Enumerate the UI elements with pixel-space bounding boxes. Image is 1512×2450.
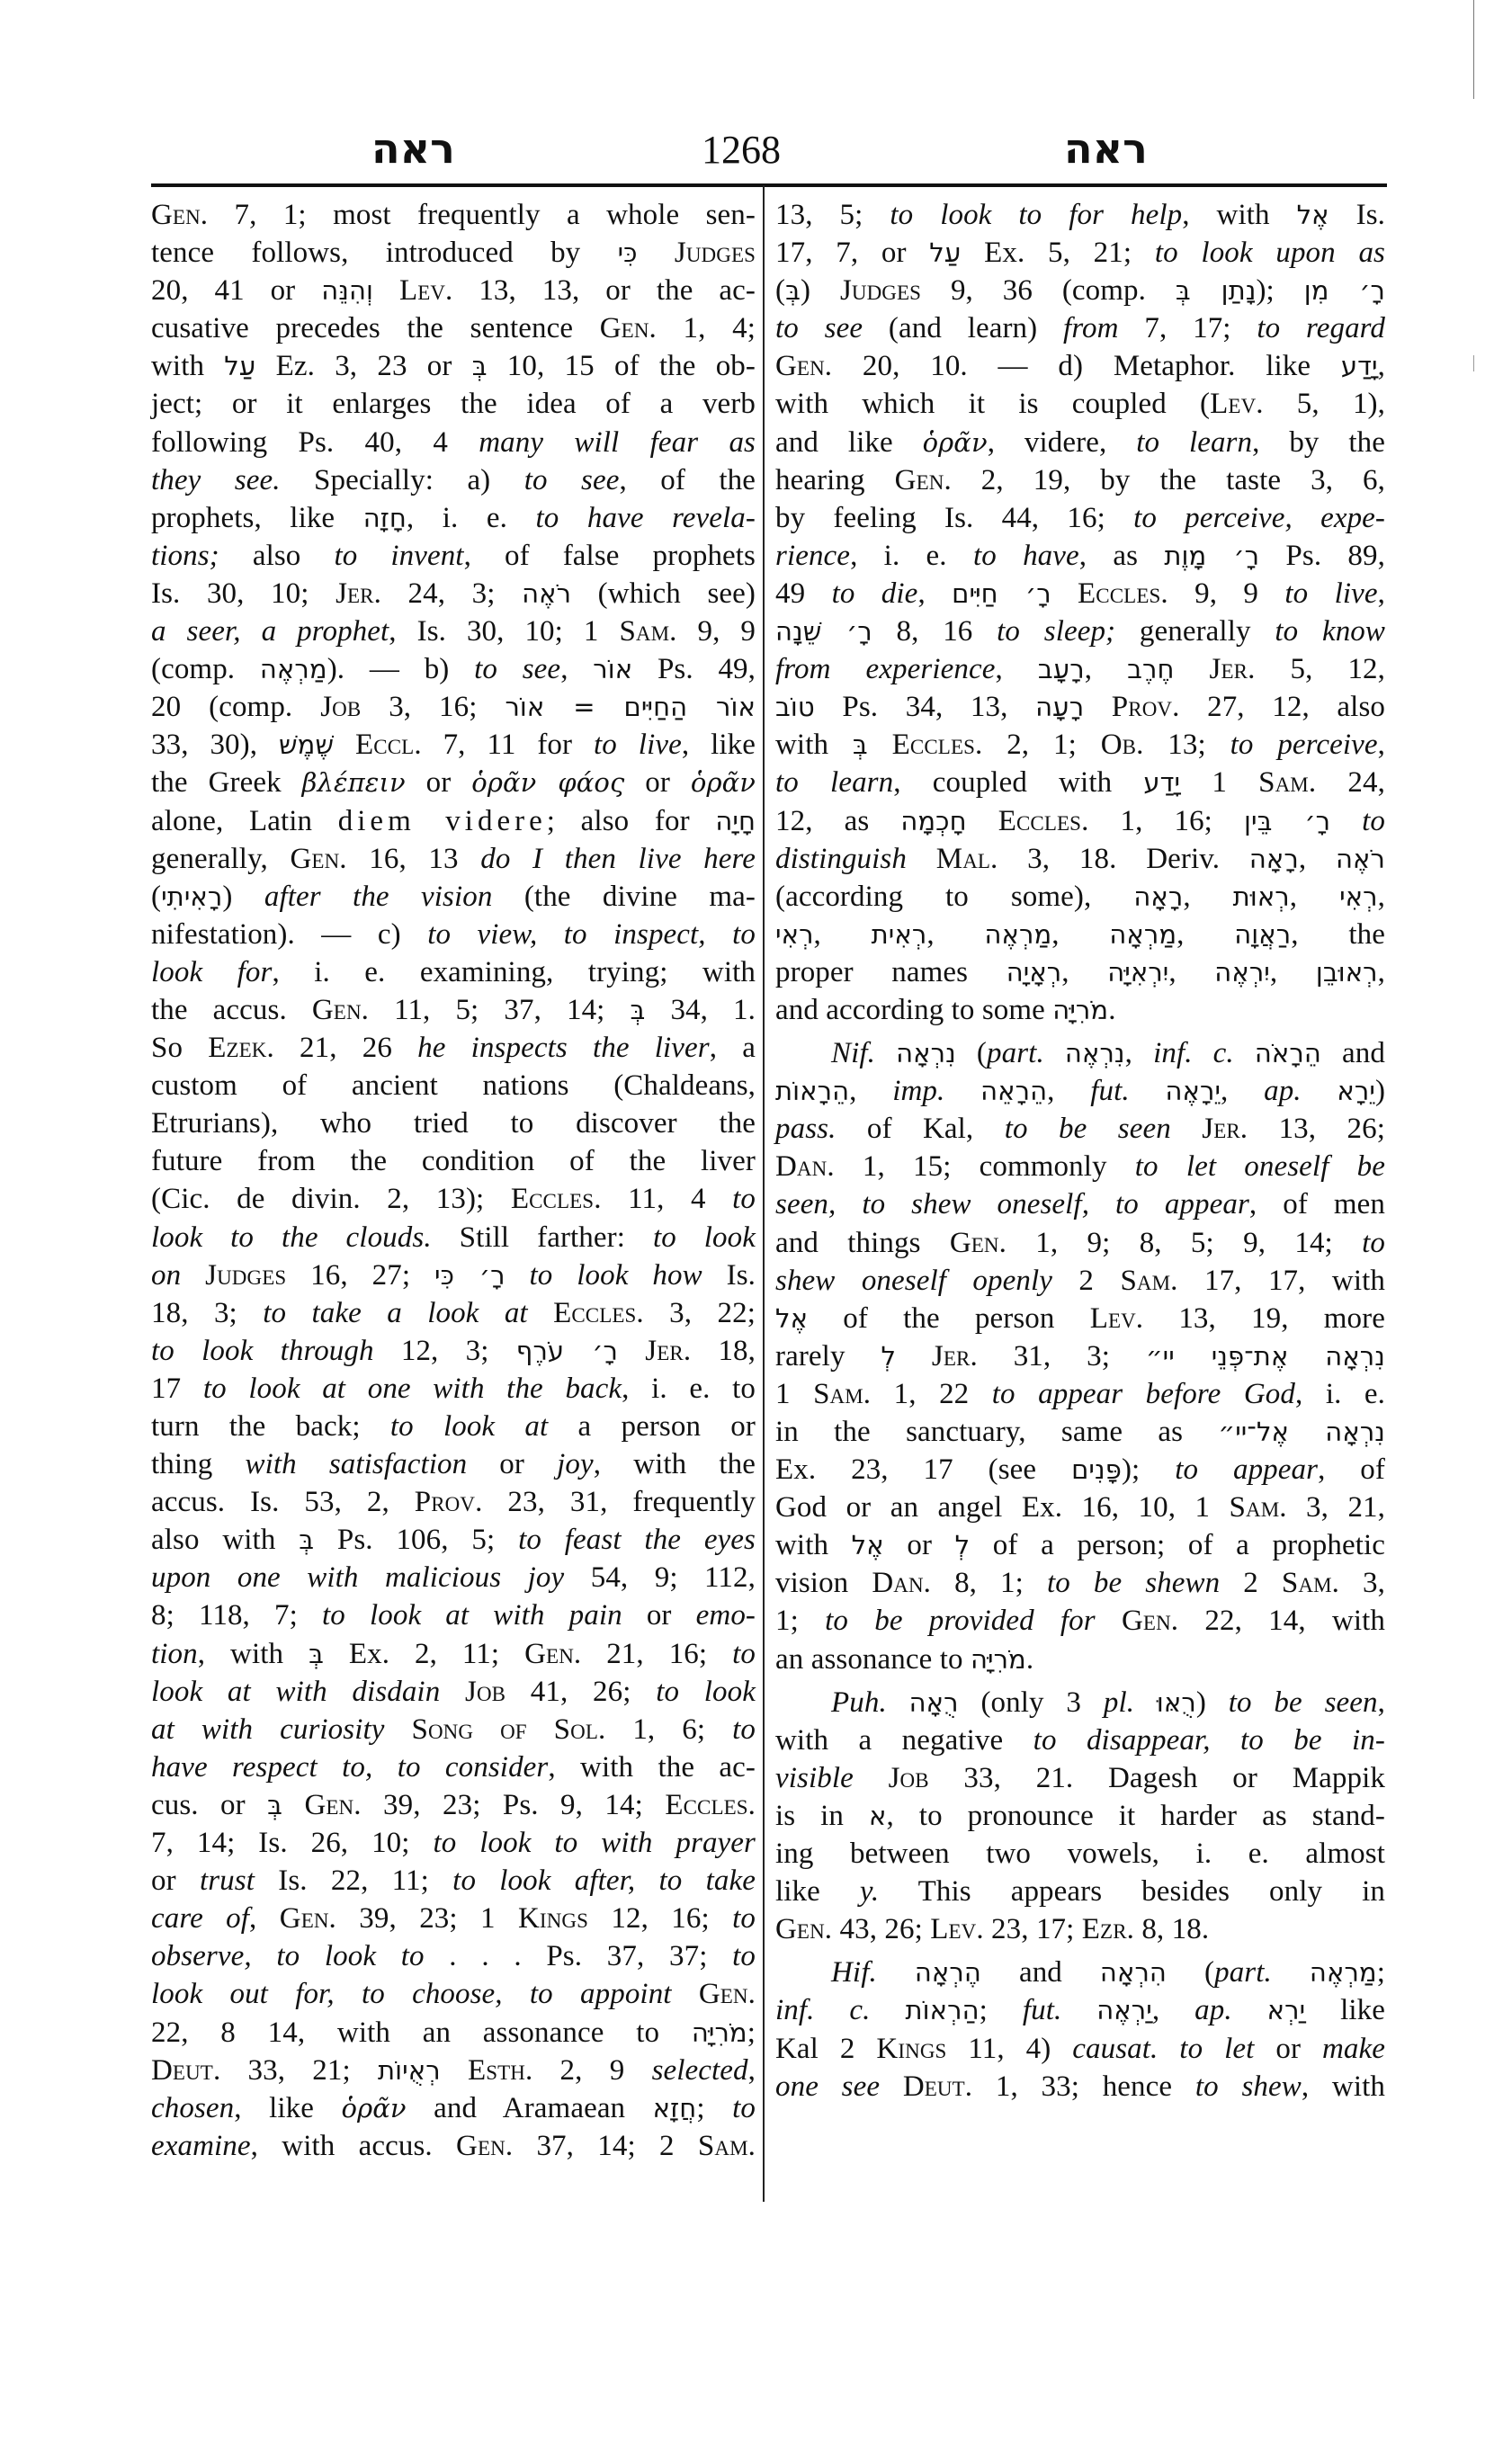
italic-run: to bbox=[732, 2092, 756, 2124]
greek-word: ὁρᾶν bbox=[923, 427, 988, 458]
hebrew-word: רַאֲוָה bbox=[1234, 919, 1291, 950]
text-run: , bbox=[1085, 653, 1127, 685]
italic-run: with satisfaction bbox=[245, 1448, 467, 1480]
text-run: , i. e. examining, trying; with bbox=[272, 956, 756, 988]
text-run: with which it is coupled ( bbox=[775, 388, 1210, 420]
hebrew-word: רָאָה bbox=[1133, 881, 1183, 912]
book-abbrev: Sam. bbox=[1282, 1567, 1339, 1599]
italic-run: to see bbox=[474, 653, 560, 685]
dictionary-line: look for, i. e. examining, trying; with bbox=[151, 953, 756, 991]
italic-run: to shew bbox=[1195, 2070, 1302, 2103]
text-run: Is. bbox=[1329, 199, 1385, 231]
greek-word: βλέπειν bbox=[302, 767, 406, 798]
text-run: , bbox=[748, 2054, 756, 2087]
text-run bbox=[1234, 1037, 1255, 1069]
text-run: , bbox=[1270, 956, 1316, 988]
dictionary-line: 8; 118, 7; to look at with pain or emo- bbox=[151, 1596, 756, 1634]
text-run: , with the ac- bbox=[548, 1751, 756, 1784]
book-abbrev: Eccles. bbox=[998, 805, 1089, 837]
text-run: 5, 12, bbox=[1255, 653, 1385, 685]
text-run: 8, 18. bbox=[1134, 1913, 1209, 1945]
text-run: prophets, like bbox=[151, 502, 363, 534]
text-run: future from the condition of the liver bbox=[151, 1145, 756, 1177]
italic-run: to disappear, to be in- bbox=[1033, 1724, 1385, 1757]
greek-word: ὁρᾶν φάος bbox=[471, 767, 624, 798]
dictionary-line: generally, Gen. 16, 13 do I then live he… bbox=[151, 840, 756, 878]
italic-run: to see bbox=[524, 464, 620, 496]
text-run: ); bbox=[1256, 274, 1303, 307]
dictionary-line: they see. Specially: a) to see, of the bbox=[151, 461, 756, 499]
book-abbrev: Eccles. bbox=[553, 1297, 644, 1329]
dictionary-line: with which it is coupled (Lev. 5, 1), bbox=[775, 385, 1385, 423]
book-abbrev: Deut. bbox=[903, 2070, 972, 2103]
italic-run: to view, to inspect, to bbox=[427, 918, 756, 951]
dictionary-line: Kal 2 Kings 11, 4) causat. to let or mak… bbox=[775, 2030, 1385, 2068]
text-run bbox=[877, 1956, 915, 1989]
text-run: , of bbox=[1318, 1453, 1385, 1486]
text-run: 13, 19, more bbox=[1143, 1302, 1385, 1335]
hebrew-word: יָדַע bbox=[1341, 351, 1378, 381]
hebrew-word: אֶל bbox=[775, 1303, 808, 1334]
text-run: (only 3 bbox=[959, 1686, 1104, 1719]
text-run: 13, 13, or the ac- bbox=[452, 274, 756, 307]
hebrew-word: הֵרָאֹה bbox=[1255, 1038, 1321, 1069]
hebrew-word: נִרְאָה bbox=[896, 1038, 956, 1069]
book-abbrev: Jer. bbox=[1202, 1113, 1248, 1145]
book-abbrev: Sam. bbox=[698, 2130, 756, 2162]
dictionary-line: tion, with בְּ Ex. 2, 11; Gen. 21, 16; t… bbox=[151, 1635, 756, 1673]
text-run: 23, 31, frequently bbox=[482, 1486, 756, 1518]
text-run: 1, 6; bbox=[605, 1713, 732, 1746]
italic-run: ap. bbox=[1194, 1994, 1232, 2026]
book-abbrev: Gen. bbox=[304, 1789, 361, 1821]
text-run: 3, 16; bbox=[361, 691, 505, 723]
hebrew-word: רְאֻיוֹת bbox=[378, 2055, 441, 2086]
hebrew-word: נָתַן בְּ bbox=[1176, 275, 1257, 306]
book-abbrev: Gen. bbox=[312, 994, 369, 1026]
italic-run: care of bbox=[151, 1902, 249, 1935]
text-run: or bbox=[624, 766, 691, 799]
hebrew-word: בְּ bbox=[631, 995, 646, 1025]
dictionary-line: (Cic. de divin. 2, 13); Eccles. 11, 4 to bbox=[151, 1180, 756, 1218]
text-run: and according to some bbox=[775, 994, 1052, 1026]
dictionary-line: ing between two vowels, i. e. almost bbox=[775, 1835, 1385, 1873]
hebrew-word: רֹאֶה bbox=[522, 578, 571, 609]
dictionary-line: 33, 30), שֶׁמֶשׁ Eccl. 7, 11 for to live… bbox=[151, 726, 756, 764]
dictionary-line: on Judges 16, 27; רָ׳ כִּי to look how I… bbox=[151, 1256, 756, 1294]
book-abbrev: Eccles. bbox=[511, 1183, 602, 1215]
text-run: ) bbox=[801, 274, 840, 307]
greek-word: ὁρᾶν bbox=[691, 767, 756, 798]
book-abbrev: Dan. bbox=[872, 1567, 931, 1599]
dictionary-line: 49 to die, רָ׳ חַיִּים Eccles. 9, 9 to l… bbox=[775, 575, 1385, 612]
dictionary-line: prophets, like חָזָה, i. e. to have reve… bbox=[151, 499, 756, 537]
header-rule bbox=[151, 183, 1387, 187]
italic-run: visible bbox=[775, 1762, 854, 1794]
text-run bbox=[385, 1713, 412, 1746]
book-abbrev: Dan. bbox=[775, 1150, 835, 1183]
book-abbrev: Gen. bbox=[524, 1638, 581, 1670]
text-run: , with the bbox=[594, 1448, 756, 1480]
text-run: or bbox=[622, 1599, 696, 1632]
dictionary-line: by feeling Is. 44, 16; to perceive, expe… bbox=[775, 499, 1385, 537]
dictionary-line: Puh. רֻאָה (only 3 pl. רֻאּוּ) to be see… bbox=[775, 1684, 1385, 1721]
text-run: 1, 33; hence bbox=[972, 2070, 1195, 2103]
italic-run: Puh. bbox=[831, 1686, 887, 1719]
book-abbrev: Kings bbox=[876, 2033, 946, 2065]
text-run: 16, 13 bbox=[347, 843, 481, 875]
text-run: 2 bbox=[1052, 1265, 1120, 1297]
text-run: , to pronounce it harder as stand- bbox=[887, 1800, 1386, 1832]
text-run: ). — b) bbox=[327, 653, 474, 685]
dictionary-line: or trust Is. 22, 11; to look after, to t… bbox=[151, 1862, 756, 1900]
dictionary-line: Ex. 23, 17 (see פָּנִים); to appear, of bbox=[775, 1451, 1385, 1489]
dictionary-line: ject; or it enlarges the idea of a verb bbox=[151, 385, 756, 423]
text-run: 7, 17; bbox=[1119, 312, 1257, 344]
hebrew-word: רֻאָה bbox=[909, 1687, 959, 1718]
text-run: cus. or bbox=[151, 1789, 267, 1821]
text-run: , with bbox=[1182, 199, 1296, 231]
dictionary-line: So Ezek. 21, 26 he inspects the liver, a bbox=[151, 1029, 756, 1067]
text-run: 21, 16; bbox=[581, 1638, 732, 1670]
book-abbrev: Judges bbox=[675, 237, 756, 269]
right-column: 13, 5; to look to for help, with אֶל Is.… bbox=[775, 196, 1385, 2106]
dictionary-line: and like ὁρᾶν, videre, to learn, by the bbox=[775, 424, 1385, 461]
dictionary-line: a seer, a prophet, Is. 30, 10; 1 Sam. 9,… bbox=[151, 612, 756, 650]
text-run: 2, 9 bbox=[532, 2054, 651, 2087]
hebrew-word: הֵרָאוֹת bbox=[775, 1076, 849, 1106]
book-abbrev: Jer. bbox=[336, 577, 381, 610]
book-abbrev: Gen. bbox=[1122, 1605, 1178, 1637]
text-run bbox=[1272, 1956, 1310, 1989]
dictionary-line: 12, as חָכְמָה Eccles. 1, 16; רָ׳ בֵּין … bbox=[775, 802, 1385, 840]
text-run bbox=[528, 1297, 553, 1329]
text-run: ( bbox=[956, 1037, 987, 1069]
dictionary-line: chosen, like ὁρᾶν and Aramaean חֲזָא; to bbox=[151, 2089, 756, 2127]
dictionary-line: with בְּ Eccles. 2, 1; Ob. 13; to percei… bbox=[775, 726, 1385, 764]
left-column: Gen. 7, 1; most frequently a whole sen-t… bbox=[151, 196, 756, 2165]
column-divider bbox=[763, 185, 765, 2202]
text-run: , bbox=[249, 1902, 280, 1935]
text-run: , of false prophets bbox=[464, 540, 756, 572]
text-run bbox=[1134, 1686, 1157, 1719]
text-run: Etrurians), who tried to discover the bbox=[151, 1107, 756, 1140]
text-run: hearing bbox=[775, 464, 895, 496]
text-run: and bbox=[1321, 1037, 1385, 1069]
text-run: 22, 14, with bbox=[1178, 1605, 1385, 1637]
italic-run: look to the clouds. bbox=[151, 1221, 432, 1254]
text-run: ) bbox=[222, 881, 264, 913]
hebrew-word: חֶרֶב bbox=[1127, 654, 1174, 684]
text-run: nifestation). — c) bbox=[151, 918, 427, 951]
text-run: 13; bbox=[1143, 729, 1230, 761]
book-abbrev: Sam. bbox=[1120, 1265, 1177, 1297]
book-abbrev: Kings bbox=[518, 1902, 588, 1935]
book-abbrev: Song of Sol. bbox=[412, 1713, 606, 1746]
dictionary-line: custom of ancient nations (Chaldeans, bbox=[151, 1067, 756, 1104]
dictionary-line: with עַל Ez. 3, 23 or בְּ 10, 15 of the … bbox=[151, 347, 756, 385]
text-run bbox=[854, 1762, 889, 1794]
book-abbrev: Gen. bbox=[600, 312, 657, 344]
italic-run: to bbox=[732, 1940, 756, 1972]
text-run: 20, 41 or bbox=[151, 274, 321, 307]
text-run: 17, 7, or bbox=[775, 237, 929, 269]
dictionary-line: is in א, to pronounce it harder as stand… bbox=[775, 1797, 1385, 1835]
text-run: 2, 1; bbox=[982, 729, 1100, 761]
hebrew-word: רְאִי bbox=[1339, 881, 1378, 912]
hebrew-word: בְּ bbox=[299, 1525, 314, 1555]
hebrew-word: רָ׳ חַיִּים bbox=[952, 578, 1051, 609]
text-run: , bbox=[926, 918, 984, 951]
dictionary-line: (רָאִיתִי) after the vision (the divine … bbox=[151, 878, 756, 916]
dictionary-line: examine, with accus. Gen. 37, 14; 2 Sam. bbox=[151, 2127, 756, 2165]
dictionary-line: nifestation). — c) to view, to inspect, … bbox=[151, 916, 756, 953]
book-abbrev: Job bbox=[465, 1676, 505, 1708]
hebrew-word: רָעָה bbox=[1035, 692, 1084, 722]
text-run: with bbox=[775, 729, 853, 761]
headword-right: ראה bbox=[1064, 121, 1148, 175]
dictionary-line: with a negative to disappear, to be in- bbox=[775, 1721, 1385, 1759]
book-abbrev: Ezr. bbox=[1082, 1913, 1134, 1945]
dictionary-line: (בְּ) Judges 9, 36 (comp. נָתַן בְּ); רָ… bbox=[775, 272, 1385, 309]
text-run: 31, 3; bbox=[978, 1340, 1146, 1373]
italic-run: to look how bbox=[529, 1259, 702, 1292]
italic-run: to see bbox=[775, 312, 863, 344]
text-run: , bbox=[1047, 1075, 1090, 1107]
book-abbrev: Gen. bbox=[895, 464, 952, 496]
text-run: of Kal, bbox=[836, 1113, 1004, 1145]
italic-run: causat. to let bbox=[1072, 2033, 1254, 2065]
text-run: 39, 23; 1 bbox=[336, 1902, 518, 1935]
dictionary-line: visible Job 33, 21. Dagesh or Mappik bbox=[775, 1759, 1385, 1797]
text-run: 1, 9; 8, 5; 9, 14; bbox=[1007, 1227, 1362, 1259]
dictionary-line: Hif. הֶרְאָה and הִרְאָה (part. מַרְאֶה; bbox=[775, 1954, 1385, 1991]
hebrew-word: רְאוּבֵן bbox=[1316, 957, 1378, 988]
text-run: 3, 22; bbox=[644, 1297, 756, 1329]
text-run: or bbox=[1254, 2033, 1322, 2065]
dictionary-line: 17 to look at one with the back, i. e. t… bbox=[151, 1370, 756, 1408]
book-abbrev: Judges bbox=[205, 1259, 286, 1292]
dictionary-line: the accus. Gen. 11, 5; 37, 14; בְּ 34, 1… bbox=[151, 991, 756, 1029]
text-run: 1, 22 bbox=[871, 1378, 992, 1410]
italic-run: from experience bbox=[775, 653, 995, 685]
italic-run: chosen bbox=[151, 2092, 234, 2124]
hebrew-word: לְ bbox=[955, 1530, 971, 1560]
text-run bbox=[868, 729, 892, 761]
dictionary-line: Gen. 7, 1; most frequently a whole sen- bbox=[151, 196, 756, 234]
italic-run: to die bbox=[832, 577, 918, 610]
dictionary-line: from experience, רָעָב, חֶרֶב Jer. 5, 12… bbox=[775, 650, 1385, 688]
italic-run: to learn bbox=[1136, 426, 1252, 459]
text-run: like bbox=[1305, 1994, 1385, 2026]
text-run: and bbox=[981, 1956, 1100, 1989]
text-run: custom of ancient nations (Chaldeans, bbox=[151, 1069, 756, 1102]
text-run: is in bbox=[775, 1800, 869, 1832]
text-run: , of the bbox=[619, 464, 756, 496]
text-run: the accus. bbox=[151, 994, 312, 1026]
dictionary-line: distinguish Mal. 3, 18. Deriv. רָאָה, רֹ… bbox=[775, 840, 1385, 878]
greek-word: ὁρᾶν bbox=[342, 2093, 407, 2124]
text-run bbox=[1044, 1037, 1065, 1069]
text-run: 49 bbox=[775, 577, 832, 610]
text-run: , i. e. bbox=[407, 502, 536, 534]
text-run: , the bbox=[1291, 918, 1385, 951]
text-run: tence follows, introduced by bbox=[151, 237, 618, 269]
text-run: following Ps. 40, 4 bbox=[151, 426, 479, 459]
italic-run: to have revela- bbox=[536, 502, 756, 534]
text-run: 12, 3; bbox=[374, 1335, 516, 1367]
hebrew-word: חָיָה bbox=[715, 806, 756, 836]
text-run: 22, 8 14, with an assonance to bbox=[151, 2016, 692, 2049]
dictionary-line: and things Gen. 1, 9; 8, 5; 9, 14; to bbox=[775, 1224, 1385, 1262]
italic-run: imp. bbox=[892, 1075, 944, 1107]
dictionary-line: at with curiosity Song of Sol. 1, 6; to bbox=[151, 1711, 756, 1748]
text-run: 18, 3; bbox=[151, 1297, 263, 1329]
hebrew-word: מֹרִיָּה bbox=[1052, 995, 1108, 1025]
text-run: 8, 1; bbox=[931, 1567, 1047, 1599]
dictionary-line: and according to some מֹרִיָּה. bbox=[775, 991, 1385, 1029]
italic-run: fut. bbox=[1090, 1075, 1130, 1107]
hebrew-word: עַל bbox=[224, 351, 255, 381]
hebrew-word: מַרְאֶה bbox=[260, 654, 327, 684]
italic-run: observe, to look to bbox=[151, 1940, 425, 1972]
text-run: , by the bbox=[1252, 426, 1385, 459]
italic-run: upon one with malicious joy bbox=[151, 1561, 564, 1594]
text-run: ( bbox=[1167, 1956, 1214, 1989]
text-run: generally, bbox=[151, 843, 290, 875]
italic-run: he inspects the liver bbox=[417, 1032, 710, 1064]
dictionary-line: 1; to be provided for Gen. 22, 14, with bbox=[775, 1602, 1385, 1640]
text-run: . bbox=[1108, 994, 1115, 1026]
dictionary-line: tions; also to invent, of false prophets bbox=[151, 537, 756, 575]
italic-run: look for bbox=[151, 956, 272, 988]
text-run: 17 bbox=[151, 1373, 203, 1405]
italic-run: Hif. bbox=[831, 1956, 877, 1989]
text-run: 1, 16; bbox=[1088, 805, 1244, 837]
italic-run: to regard bbox=[1257, 312, 1385, 344]
italic-run: to look after, to take bbox=[452, 1864, 756, 1897]
hebrew-word: אֶל bbox=[852, 1530, 884, 1560]
hebrew-word: יַרְאֶה bbox=[1096, 1995, 1152, 2025]
dictionary-line: 7, 14; Is. 26, 10; to look to with praye… bbox=[151, 1824, 756, 1862]
italic-run: to look bbox=[653, 1221, 756, 1254]
text-run bbox=[672, 1978, 699, 2010]
dictionary-line: thing with satisfaction or joy, with the bbox=[151, 1445, 756, 1483]
text-run: , bbox=[1061, 956, 1107, 988]
italic-run: part. bbox=[987, 1037, 1044, 1069]
hebrew-word: רְאָיָה bbox=[1007, 957, 1062, 988]
text-run: 11, 4) bbox=[946, 2033, 1072, 2065]
text-run bbox=[1330, 805, 1362, 837]
dictionary-line: (comp. מַרְאֶה). — b) to see, אוֹר Ps. 4… bbox=[151, 650, 756, 688]
text-run: Kal 2 bbox=[775, 2033, 876, 2065]
hebrew-word: מֹרִיָּה bbox=[971, 1644, 1026, 1675]
hebrew-word: רָ׳ שֵׁנָה bbox=[775, 616, 872, 647]
dictionary-line: Is. 30, 10; Jer. 24, 3; רֹאֶה (which see… bbox=[151, 575, 756, 612]
text-run bbox=[1171, 1113, 1202, 1145]
text-run: 9, 9 bbox=[1168, 577, 1285, 610]
dictionary-line: seen, to shew oneself, to appear, of men bbox=[775, 1185, 1385, 1223]
dictionary-line: vision Dan. 8, 1; to be shewn 2 Sam. 3, bbox=[775, 1564, 1385, 1602]
text-run: , bbox=[1176, 918, 1234, 951]
text-run: in the sanctuary, same as bbox=[775, 1416, 1218, 1448]
book-abbrev: Job bbox=[320, 691, 361, 723]
dictionary-line: Etrurians), who tried to discover the bbox=[151, 1104, 756, 1142]
text-run: also bbox=[219, 540, 335, 572]
text-run: an assonance to bbox=[775, 1643, 971, 1676]
text-run bbox=[887, 1686, 909, 1719]
hebrew-word: רָ׳ עֹרֶף bbox=[516, 1336, 618, 1366]
italic-run: to be seen bbox=[1229, 1686, 1378, 1719]
dictionary-line: observe, to look to . . . Ps. 37, 37; to bbox=[151, 1937, 756, 1975]
text-run: 16, 27; bbox=[286, 1259, 434, 1292]
dictionary-line: have respect to, to consider, with the a… bbox=[151, 1748, 756, 1786]
text-run: , bbox=[1290, 881, 1339, 913]
text-run: ) bbox=[1196, 1686, 1229, 1719]
text-run: ; bbox=[1377, 1956, 1385, 1989]
dictionary-line: rience, i. e. to have, as רָ׳ מָוֶת Ps. … bbox=[775, 537, 1385, 575]
italic-run: to look to with prayer bbox=[433, 1827, 756, 1859]
text-run: , of men bbox=[1249, 1188, 1385, 1221]
text-run: , bbox=[814, 918, 872, 951]
dictionary-line: care of, Gen. 39, 23; 1 Kings 12, 16; to bbox=[151, 1900, 756, 1937]
dictionary-line: alone, Latin diem videre; also for חָיָה bbox=[151, 802, 756, 840]
text-run bbox=[282, 1789, 304, 1821]
book-abbrev: Gen. bbox=[950, 1227, 1007, 1259]
text-run: , like bbox=[682, 729, 756, 761]
book-abbrev: Eccles. bbox=[892, 729, 983, 761]
text-run: 37, 14; 2 bbox=[513, 2130, 698, 2162]
hebrew-word: פָּנִים bbox=[1071, 1454, 1122, 1485]
hebrew-word: נִרְאֶה bbox=[1065, 1038, 1125, 1069]
text-run: ( bbox=[151, 881, 161, 913]
text-run: Ex. 2, 11; bbox=[324, 1638, 524, 1670]
text-run: (which see) bbox=[571, 577, 756, 610]
italic-run: to live bbox=[594, 729, 682, 761]
italic-run: to look at with pain bbox=[322, 1599, 622, 1632]
text-run bbox=[1061, 1994, 1096, 2026]
dictionary-line: an assonance to מֹרִיָּה. bbox=[775, 1641, 1385, 1678]
hebrew-word: אֶל bbox=[1297, 200, 1329, 230]
page-edge-mark bbox=[1473, 0, 1474, 99]
text-run: , bbox=[849, 1075, 892, 1107]
italic-run: to perceive bbox=[1230, 729, 1378, 761]
text-run: ing between two vowels, i. e. almost bbox=[775, 1837, 1385, 1870]
hebrew-word: חֲזָא bbox=[653, 2093, 697, 2124]
book-abbrev: Gen. bbox=[775, 350, 832, 382]
text-run: 3, 18. Deriv. bbox=[998, 843, 1248, 875]
book-abbrev: Gen. bbox=[290, 843, 346, 875]
text-run: (and learn) bbox=[863, 312, 1063, 344]
dictionary-line: with אֶל or לְ of a person; of a prophet… bbox=[775, 1526, 1385, 1564]
text-run: turn the back; bbox=[151, 1410, 390, 1443]
hebrew-word: עַל bbox=[929, 237, 961, 268]
text-run: , bbox=[1378, 1686, 1385, 1719]
text-run: 1, 4; bbox=[657, 312, 756, 344]
italic-run: to feast the eyes bbox=[518, 1524, 756, 1556]
text-run: also with bbox=[151, 1524, 299, 1556]
text-run: 7, 14; Is. 26, 10; bbox=[151, 1827, 433, 1859]
hebrew-word: הֶרְאָה bbox=[915, 1957, 981, 1988]
text-run: 20, 10. — d) Metaphor. like bbox=[832, 350, 1341, 382]
page-edge-mark bbox=[1473, 355, 1474, 371]
text-run: , bbox=[1378, 729, 1385, 761]
text-run: or bbox=[884, 1529, 955, 1561]
text-run: ); bbox=[1122, 1453, 1175, 1486]
italic-run: to look to for help bbox=[890, 199, 1182, 231]
dictionary-line: also with בְּ Ps. 106, 5; to feast the e… bbox=[151, 1521, 756, 1559]
book-abbrev: Gen. bbox=[775, 1913, 832, 1945]
